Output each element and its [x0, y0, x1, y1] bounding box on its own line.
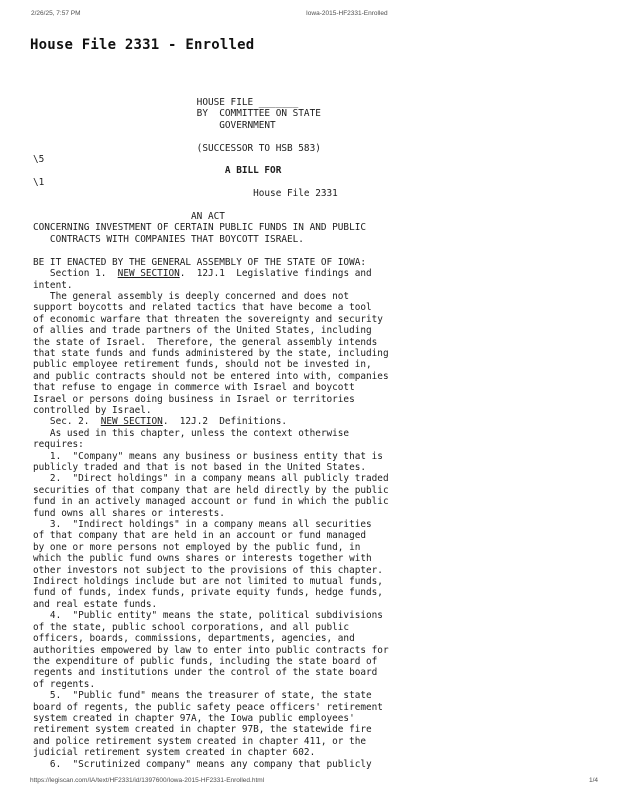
bill-line: requires:	[33, 439, 84, 450]
bill-line: 3. "Indirect holdings" in a company mean…	[33, 519, 372, 530]
bill-line: other investors not subject to the provi…	[33, 565, 383, 576]
bill-line: Israel or persons doing business in Isra…	[33, 394, 355, 405]
print-header-document-name: Iowa-2015-HF2331-Enrolled	[306, 10, 388, 17]
bill-line: A BILL FOR	[33, 165, 281, 176]
bill-line: fund owns all shares or interests.	[33, 508, 225, 519]
bill-line: by one or more persons not employed by t…	[33, 542, 360, 553]
bill-line: Sec. 2. NEW SECTION. 12J.2 Definitions.	[33, 416, 287, 427]
bill-line: BY COMMITTEE ON STATE	[33, 108, 321, 119]
bill-line: 2. "Direct holdings" in a company means …	[33, 473, 389, 484]
bill-line: of that company that are held in an acco…	[33, 530, 366, 541]
bill-line: fund of funds, index funds, private equi…	[33, 587, 383, 598]
bill-text: HOUSE FILE _______ BY COMMITTEE ON STATE…	[33, 97, 389, 770]
bill-line: House File 2331	[33, 188, 338, 199]
bill-line: controlled by Israel.	[33, 405, 152, 416]
bill-line: and real estate funds.	[33, 599, 157, 610]
bill-line: support boycotts and related tactics tha…	[33, 302, 372, 313]
bill-line: fund in an actively managed account or f…	[33, 496, 389, 507]
bill-line: the state of Israel. Therefore, the gene…	[33, 337, 377, 348]
print-footer-source-url: https://legiscan.com/IA/text/HF2331/id/1…	[30, 777, 264, 784]
bill-line: of regents.	[33, 679, 95, 690]
bill-line: \1	[33, 177, 44, 188]
bill-line: (SUCCESSOR TO HSB 583)	[33, 143, 321, 154]
bill-line: regents and institutions under the contr…	[33, 667, 377, 678]
bill-line: CONCERNING INVESTMENT OF CERTAIN PUBLIC …	[33, 222, 366, 233]
bill-line: 4. "Public entity" means the state, poli…	[33, 610, 383, 621]
bill-line: that state funds and funds administered …	[33, 348, 389, 359]
bill-line: retirement system created in chapter 97B…	[33, 724, 372, 735]
bill-line: that refuse to engage in commerce with I…	[33, 382, 355, 393]
bill-line: Indirect holdings include but are not li…	[33, 576, 383, 587]
bill-line: HOUSE FILE _______	[33, 97, 298, 108]
bill-line: the expenditure of public funds, includi…	[33, 656, 377, 667]
bill-line: publicly traded and that is not based in…	[33, 462, 366, 473]
bill-line: CONTRACTS WITH COMPANIES THAT BOYCOTT IS…	[33, 234, 304, 245]
bill-line: GOVERNMENT	[33, 120, 276, 131]
bill-line: of the state, public school corporations…	[33, 622, 349, 633]
bill-line: and public contracts should not be enter…	[33, 371, 389, 382]
page-title: House File 2331 - Enrolled	[30, 37, 254, 53]
bill-line: of economic warfare that threaten the so…	[33, 314, 383, 325]
bill-line: BE IT ENACTED BY THE GENERAL ASSEMBLY OF…	[33, 257, 366, 268]
bill-line: intent.	[33, 280, 73, 291]
print-header-datetime: 2/26/25, 7:57 PM	[31, 10, 81, 17]
bill-line: judicial retirement system created in ch…	[33, 747, 315, 758]
bill-line: system created in chapter 97A, the Iowa …	[33, 713, 355, 724]
bill-line: public employee retirement funds, should…	[33, 359, 372, 370]
bill-line: 5. "Public fund" means the treasurer of …	[33, 690, 372, 701]
bill-line: board of regents, the public safety peac…	[33, 702, 383, 713]
bill-line: officers, boards, commissions, departmen…	[33, 633, 355, 644]
bill-line: which the public fund owns shares or int…	[33, 553, 372, 564]
bill-line: \5	[33, 154, 44, 165]
bill-line: of allies and trade partners of the Unit…	[33, 325, 372, 336]
bill-line: authorities empowered by law to enter in…	[33, 645, 389, 656]
bill-line: 1. "Company" means any business or busin…	[33, 451, 383, 462]
bill-line: 6. "Scrutinized company" means any compa…	[33, 759, 372, 770]
print-footer-page-indicator: 1/4	[589, 777, 598, 784]
bill-line: Section 1. NEW SECTION. 12J.1 Legislativ…	[33, 268, 372, 279]
bill-line: securities of that company that are held…	[33, 485, 389, 496]
bill-line: AN ACT	[33, 211, 225, 222]
bill-line: As used in this chapter, unless the cont…	[33, 428, 349, 439]
bill-line: and police retirement system created in …	[33, 736, 366, 747]
bill-line: The general assembly is deeply concerned…	[33, 291, 349, 302]
